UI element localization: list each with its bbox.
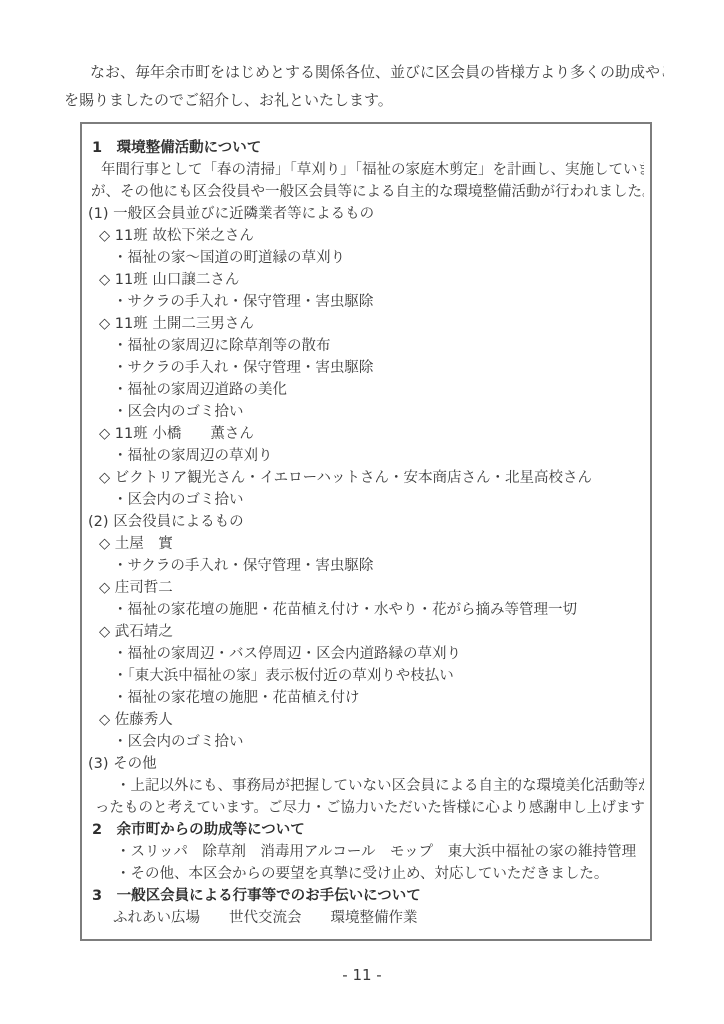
- box-line: 1 環境整備活動について: [92, 137, 644, 159]
- box-line: ったものと考えています。ご尽力・ご協力いただいた皆様に心より感謝申し上げます。: [95, 797, 644, 819]
- intro-line-2: を賜りましたのでご紹介し、お礼といたします。: [64, 86, 664, 114]
- box-line: ◇ 11班 小橋 薫さん: [99, 423, 644, 445]
- box-line: ◇ ビクトリア観光さん・イエローハットさん・安本商店さん・北星高校さん: [99, 467, 644, 489]
- box-line: ・区会内のゴミ拾い: [113, 731, 644, 753]
- box-line: ◇ 庄司哲二: [99, 577, 644, 599]
- box-line: (1) 一般区会員並びに近隣業者等によるもの: [88, 203, 644, 225]
- box-line: ◇ 武石靖之: [99, 621, 644, 643]
- box-line: (2) 区会役員によるもの: [88, 511, 644, 533]
- box-line: ◇ 土屋 實: [99, 533, 644, 555]
- box-line: ・福祉の家周辺に除草剤等の散布: [113, 335, 644, 357]
- page-number: - 11 -: [0, 966, 724, 984]
- box-line: ・福祉の家周辺道路の美化: [113, 379, 644, 401]
- box-line: ・福祉の家花壇の施肥・花苗植え付け: [113, 687, 644, 709]
- box-line: (3) その他: [88, 753, 644, 775]
- box-line: ・サクラの手入れ・保守管理・害虫駆除: [113, 555, 644, 577]
- box-line: ・上記以外にも、事務局が把握していない区会員による自主的な環境美化活動等があ: [116, 775, 644, 797]
- box-line: 2 余市町からの助成等について: [92, 819, 644, 841]
- box-line: ・区会内のゴミ拾い: [113, 489, 644, 511]
- box-line: ・福祉の家～国道の町道縁の草刈り: [113, 247, 644, 269]
- box-line: ・その他、本区会からの要望を真摯に受け止め、対応していただきました。: [116, 863, 644, 885]
- box-line: ◇ 佐藤秀人: [99, 709, 644, 731]
- box-line: ・福祉の家周辺の草刈り: [113, 445, 644, 467]
- box-line: ◇ 11班 土開二三男さん: [99, 313, 644, 335]
- box-line: ・福祉の家周辺・バス停周辺・区会内道路縁の草刈り: [113, 643, 644, 665]
- content-box: 1 環境整備活動について年間行事として「春の清掃」「草刈り」「福祉の家庭木剪定」…: [80, 122, 652, 941]
- box-line: ・区会内のゴミ拾い: [113, 401, 644, 423]
- box-line: 年間行事として「春の清掃」「草刈り」「福祉の家庭木剪定」を計画し、実施しています: [101, 159, 644, 181]
- box-line: ・サクラの手入れ・保守管理・害虫駆除: [113, 291, 644, 313]
- box-line: ◇ 11班 故松下栄之さん: [99, 225, 644, 247]
- box-line: が、その他にも区会役員や一般区会員等による自主的な環境整備活動が行われました。: [91, 181, 644, 203]
- box-line: ・スリッパ 除草剤 消毒用アルコール モップ 東大浜中福祉の家の維持管理: [116, 841, 644, 863]
- intro-line-1: なお、毎年余市町をはじめとする関係各位、並びに区会員の皆様方より多くの助成やご協…: [64, 58, 664, 86]
- box-line: ふれあい広場 世代交流会 環境整備作業: [113, 907, 644, 929]
- box-line: ◇ 11班 山口譲二さん: [99, 269, 644, 291]
- box-line: ・福祉の家花壇の施肥・花苗植え付け・水やり・花がら摘み等管理一切: [113, 599, 644, 621]
- box-line: 3 一般区会員による行事等でのお手伝いについて: [92, 885, 644, 907]
- box-line: ・「東大浜中福祉の家」表示板付近の草刈りや枝払い: [113, 665, 644, 687]
- intro-paragraph: なお、毎年余市町をはじめとする関係各位、並びに区会員の皆様方より多くの助成やご協…: [64, 58, 664, 114]
- box-line: ・サクラの手入れ・保守管理・害虫駆除: [113, 357, 644, 379]
